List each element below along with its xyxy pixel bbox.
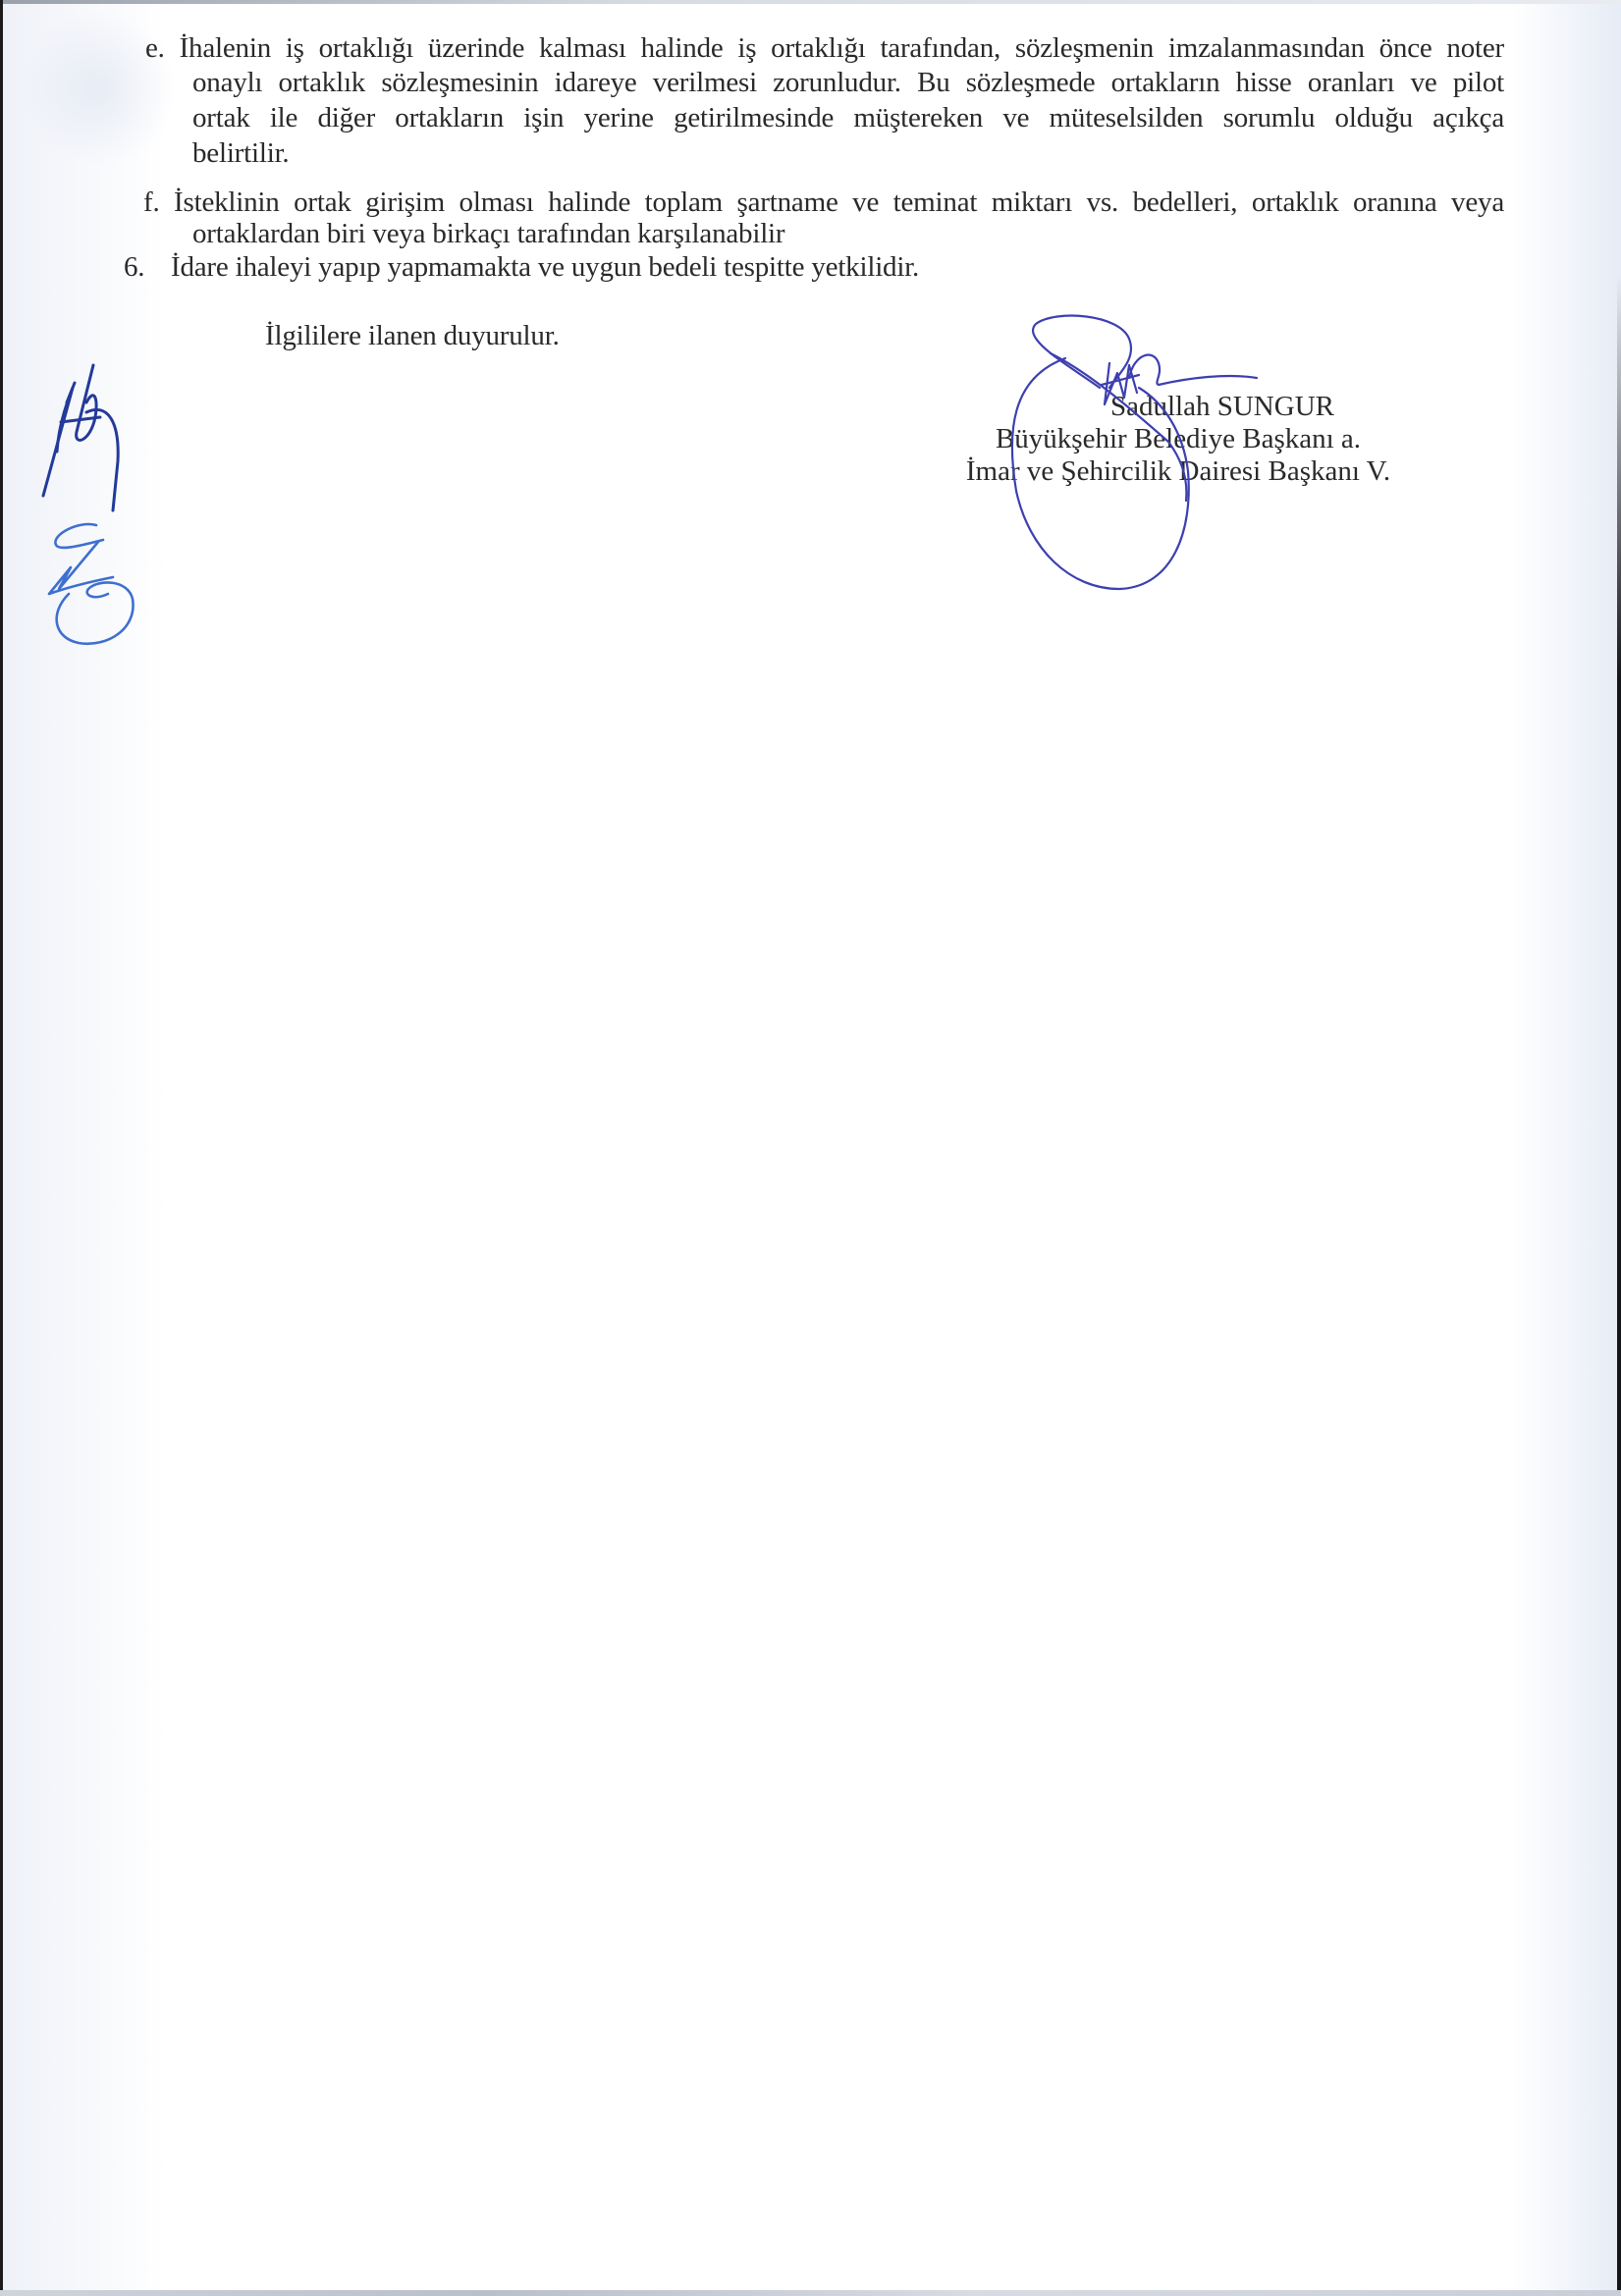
signatory-title-line-2: İmar ve Şehircilik Dairesi Başkanı V. [943, 455, 1414, 488]
item-e-line-1: e. İhalenin iş ortaklığı üzerinde kalmas… [145, 32, 1504, 65]
item-6-marker: 6. [124, 251, 171, 284]
item-e-line-2: onaylı ortaklık sözleşmesinin idareye ve… [192, 67, 1504, 99]
item-f-line-1: f. İsteklinin ortak girişim olması halin… [143, 187, 1504, 219]
scan-edge-right [1617, 275, 1621, 2296]
item-f-line-2: ortaklardan biri veya birkaçı tarafından… [192, 218, 784, 250]
item-f-marker: f. [143, 187, 160, 219]
scan-shadow-right [1513, 0, 1621, 2296]
scan-edge-bottom [0, 2290, 1621, 2296]
item-f-text-1: İsteklinin ortak girişim olması halinde … [174, 187, 1504, 218]
scan-shadow-left [0, 0, 167, 2296]
handwritten-signature-icon [0, 0, 1621, 2296]
signatory-name: Sadullah SUNGUR [1031, 391, 1414, 423]
item-e-line-3: ortak ile diğer ortakların işin yerine g… [192, 102, 1504, 134]
signatory-title-line-1: Büyükşehir Belediye Başkanı a. [943, 423, 1414, 455]
scan-edge-top [0, 0, 1621, 4]
item-e-text-1: İhalenin iş ortaklığı üzerinde kalması h… [180, 32, 1504, 64]
closing-statement: İlgililere ilanen duyurulur. [265, 320, 560, 352]
margin-initials-icon [0, 0, 1621, 2296]
item-6-line: 6.İdare ihaleyi yapıp yapmamakta ve uygu… [124, 251, 919, 284]
item-e-marker: e. [145, 32, 165, 65]
signatory-block: Sadullah SUNGUR Büyükşehir Belediye Başk… [943, 391, 1414, 488]
item-e-line-4: belirtilir. [192, 137, 289, 170]
item-6-text: İdare ihaleyi yapıp yapmamakta ve uygun … [171, 251, 919, 283]
scan-edge-left [0, 0, 3, 2296]
